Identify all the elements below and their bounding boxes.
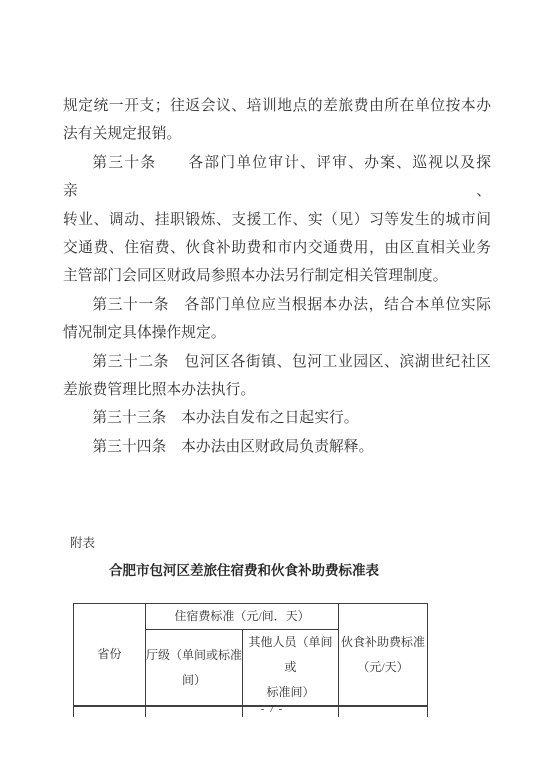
document-page: 规定统一开支；往返会议、培训地点的差旅费由所在单位按本办法有关规定报销。第三十条…	[0, 0, 544, 770]
body-line: 第三十二条 包河区各街镇、包河工业园区、滨湖世纪社区	[63, 348, 491, 376]
cell-line: 间）	[146, 668, 242, 693]
cell-line: 其他人员（单间或	[243, 630, 338, 680]
cell-line: （元/天）	[339, 655, 427, 680]
cell-line: 标准间）	[243, 680, 338, 705]
header-cell-lodging-other-personnel: 其他人员（单间或标准间）	[243, 630, 339, 707]
body-line: 第三十三条 本办法自发布之日起实行。	[63, 404, 491, 432]
attachment-label: 附表	[70, 533, 95, 551]
body-line: 法有关规定报销。	[63, 120, 491, 148]
table-title: 合肥市包河区差旅住宿费和伙食补助费标准表	[0, 559, 488, 579]
body-line: 第三十四条 本办法由区财政局负责解释。	[63, 433, 491, 461]
body-line: 差旅费管理比照本办法执行。	[63, 376, 491, 404]
header-cell-lodging-director-level: 厅级（单间或标准间）	[146, 630, 243, 707]
body-line: 情况制定具体操作规定。	[63, 319, 491, 347]
header-cell-lodging-group: 住宿费标准（元/间．天）	[146, 604, 339, 630]
cell-line: 厅级（单间或标准	[146, 643, 242, 668]
body-line: 转业、调动、挂职锻炼、支援工作、实（见）习等发生的城市间	[63, 206, 491, 234]
body-line: 第三十条 各部门单位审计、评审、办案、巡视以及探亲、	[63, 149, 491, 206]
body-line: 主管部门会同区财政局参照本办法另行制定相关管理制度。	[63, 262, 491, 290]
page-number: - 7 -	[0, 704, 544, 715]
header-cell-province: 省份	[74, 604, 146, 707]
body-line: 交通费、住宿费、伙食补助费和市内交通费用，由区直相关业务	[63, 234, 491, 262]
standards-table: 省份 住宿费标准（元/间．天） 伙食补助费标准（元/天） 厅级（单间或标准间） …	[73, 603, 428, 717]
body-line: 第三十一条 各部门单位应当根据本办法，结合本单位实际	[63, 291, 491, 319]
table-header-row-1: 省份 住宿费标准（元/间．天） 伙食补助费标准（元/天）	[74, 604, 428, 630]
cell-line: 伙食补助费标准	[339, 630, 427, 655]
body-line: 规定统一开支；往返会议、培训地点的差旅费由所在单位按本办	[63, 92, 491, 120]
document-body: 规定统一开支；往返会议、培训地点的差旅费由所在单位按本办法有关规定报销。第三十条…	[63, 92, 491, 461]
header-cell-meal-allowance: 伙食补助费标准（元/天）	[339, 604, 428, 707]
